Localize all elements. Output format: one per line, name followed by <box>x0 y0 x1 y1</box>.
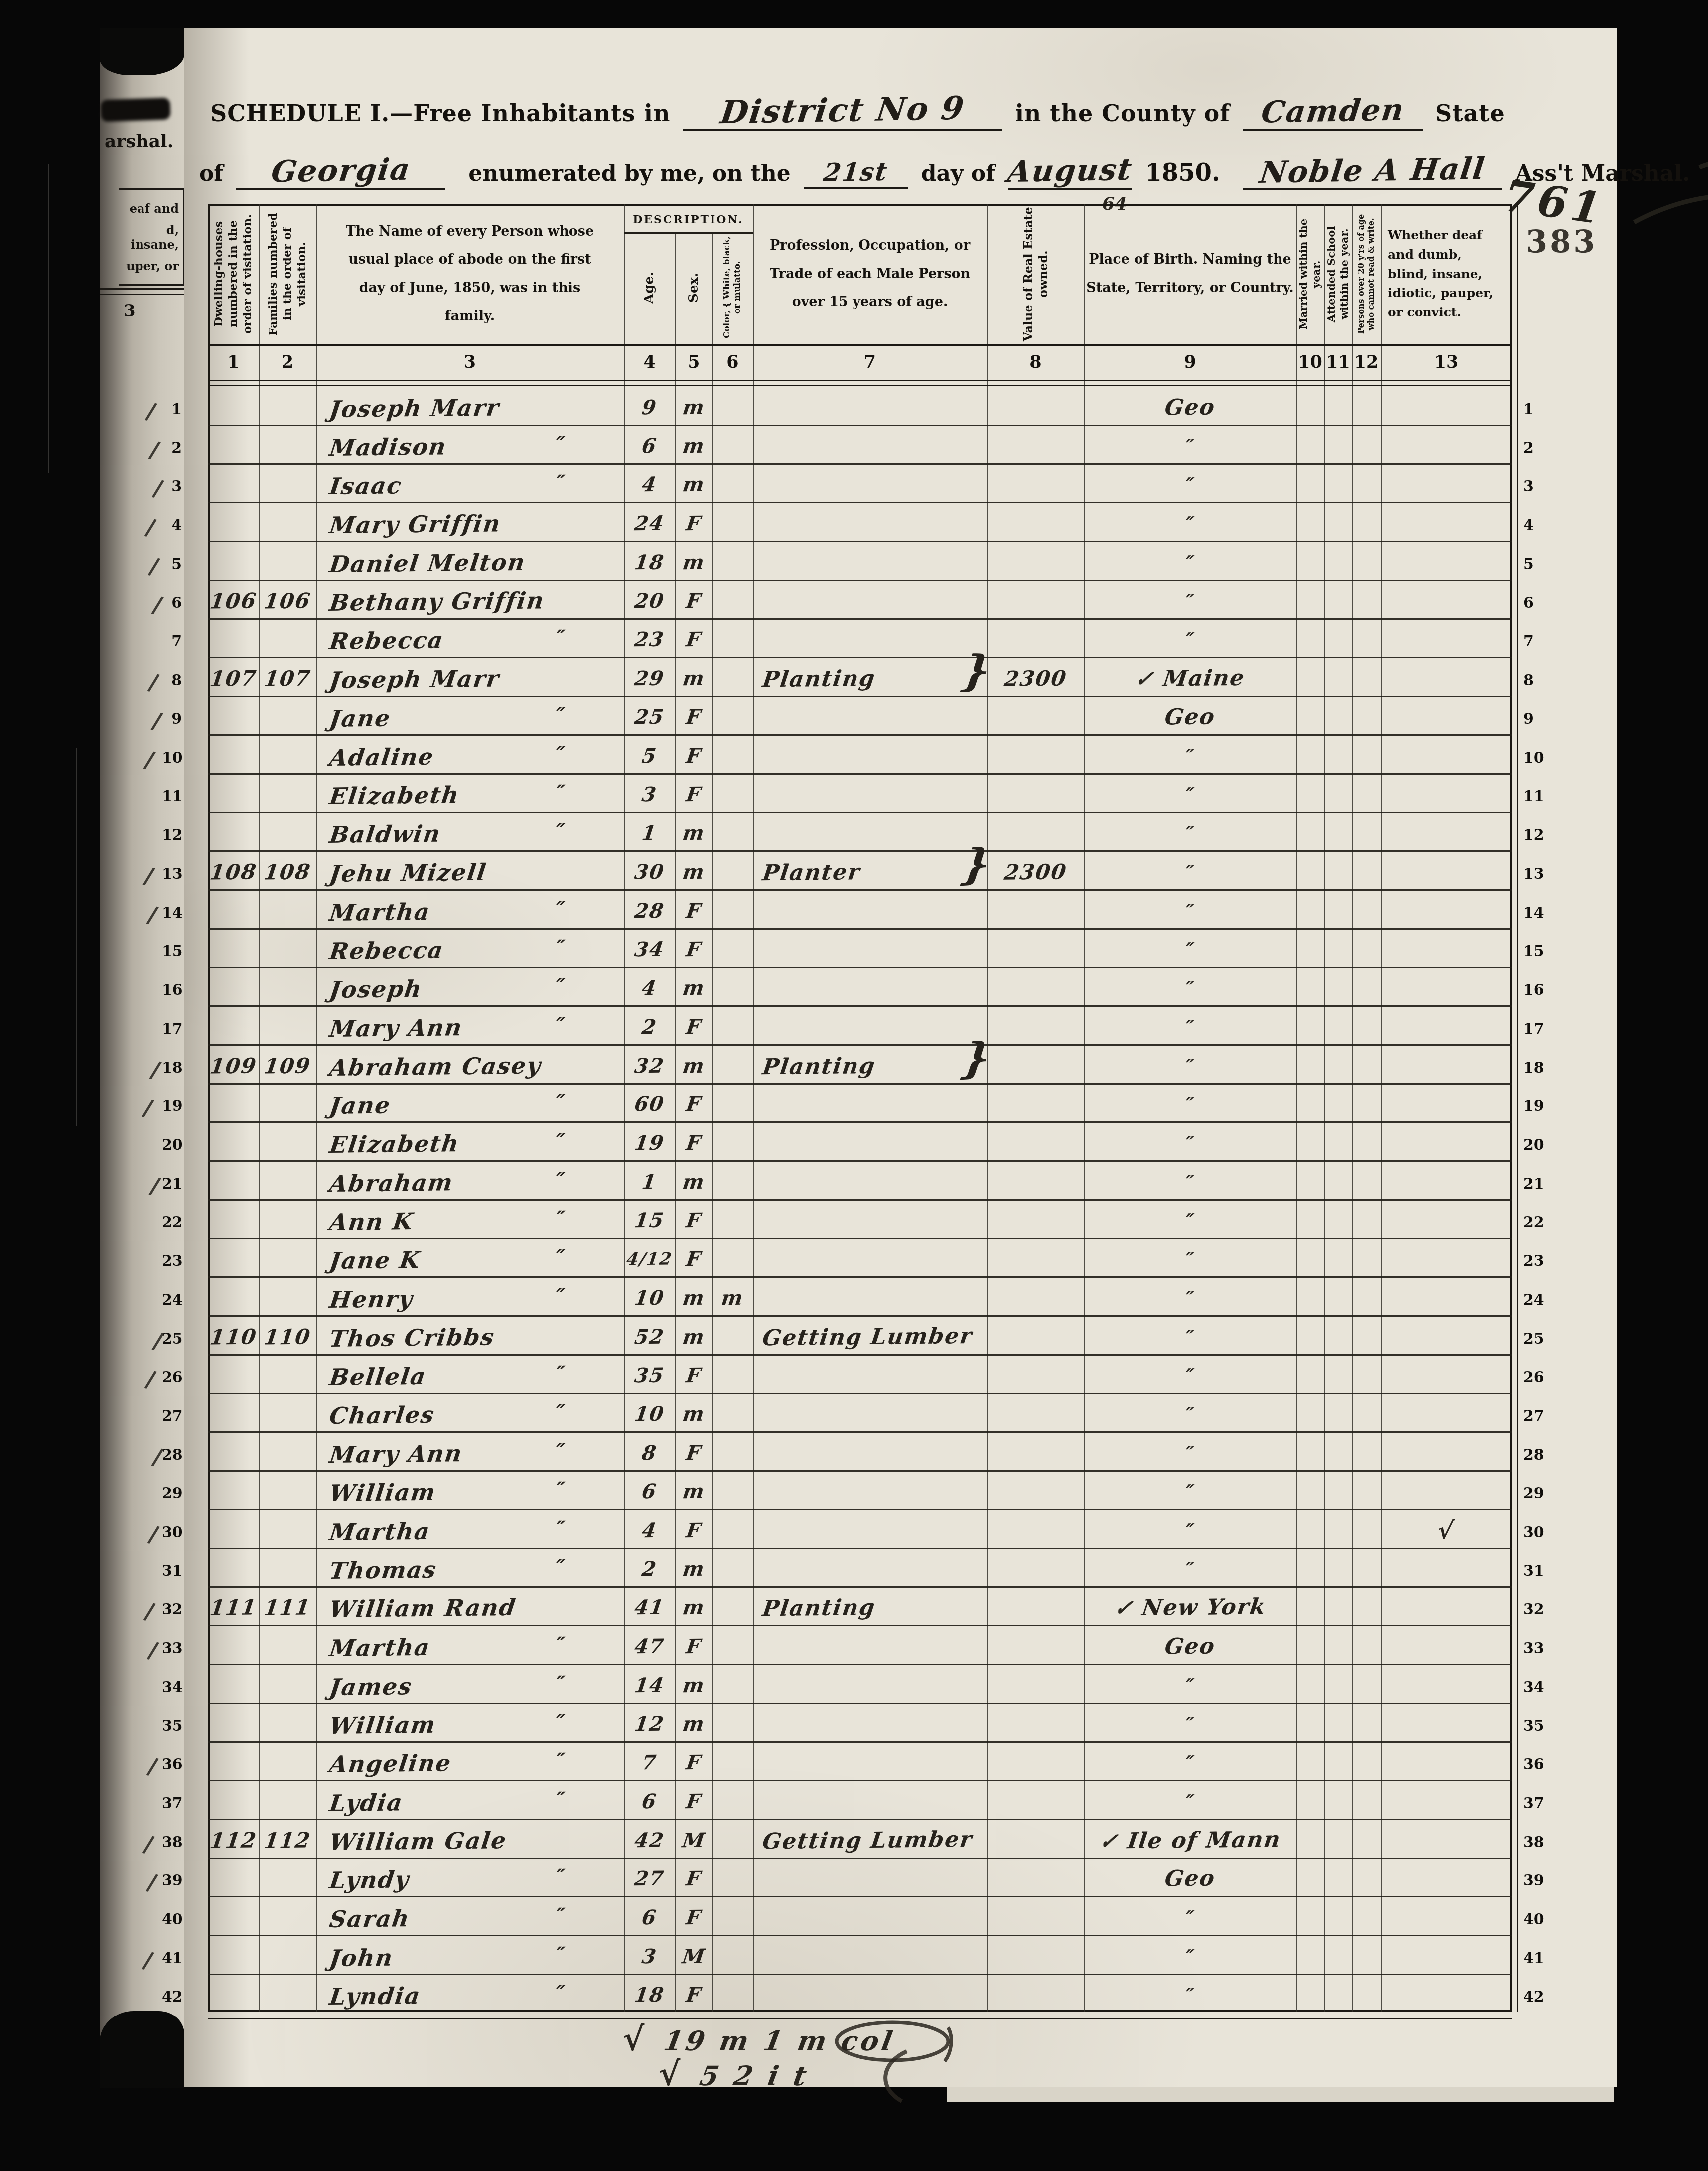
cell-name-ditto: ″ <box>544 1125 577 1158</box>
cell-birthplace: ″ <box>1082 1785 1298 1819</box>
line-number-right: 25 <box>1523 1330 1548 1348</box>
page-bottom-edge <box>947 2087 1614 2102</box>
cell-age: 10 <box>622 1282 677 1314</box>
grid-desc-rule <box>624 232 753 234</box>
cell-family-number: 111 <box>257 1592 318 1624</box>
cell-name-ditto: ″ <box>544 428 577 461</box>
cell-name: Joseph Marr <box>327 661 611 696</box>
cell-sex: m <box>673 972 714 1005</box>
line-number-right: 6 <box>1523 594 1548 612</box>
line-number-right: 14 <box>1523 904 1548 922</box>
grid-row-line <box>208 1199 1512 1201</box>
line-number-right: 11 <box>1523 788 1548 805</box>
line-number-left: 2 <box>162 439 182 457</box>
grid-row-line <box>208 580 1512 581</box>
line-number-left: 11 <box>162 788 182 805</box>
cell-color: m <box>711 1282 755 1314</box>
cell-sex: F <box>673 1360 714 1392</box>
cell-name-ditto: ″ <box>544 1396 577 1429</box>
cell-occupation: Planting <box>761 661 985 696</box>
day-of-label: day of <box>921 161 995 186</box>
previous-page-column-fragment: eaf and d, insane, uper, or <box>119 188 184 286</box>
cell-sex: F <box>673 623 714 656</box>
line-number-right: 1 <box>1523 401 1548 418</box>
grid-row-line <box>208 541 1512 542</box>
line-number-right: 18 <box>1523 1059 1548 1077</box>
line-number-left: 41 <box>162 1950 182 1967</box>
grid-row-line <box>208 1586 1512 1588</box>
cell-sex: m <box>673 469 714 501</box>
line-number-left: 21 <box>162 1175 182 1193</box>
cell-age: 9 <box>622 391 677 424</box>
cell-birthplace: ″ <box>1082 1242 1298 1276</box>
line-number-left: 10 <box>162 749 182 767</box>
cell-sex: m <box>673 546 714 579</box>
line-number-right: 28 <box>1523 1446 1548 1464</box>
birthplace-tick: ✓ <box>1113 1595 1144 1621</box>
line-number-right: 38 <box>1523 1834 1548 1851</box>
cell-occupation: Getting Lumber <box>761 1320 985 1354</box>
cell-name-ditto: ″ <box>544 1745 577 1777</box>
state-handwritten: Georgia <box>269 153 413 190</box>
cell-name-ditto: ″ <box>544 1900 577 1932</box>
line-number-left: 31 <box>162 1562 182 1580</box>
cell-age: 42 <box>622 1824 677 1857</box>
cell-sex: F <box>673 1979 714 2012</box>
cell-age: 18 <box>622 546 677 579</box>
cell-age: 2 <box>622 1011 677 1043</box>
cell-age: 15 <box>622 1205 677 1237</box>
cell-occupation-brace: } <box>960 1042 994 1074</box>
cell-age: 14 <box>622 1669 677 1702</box>
tally-curve <box>817 2047 927 2107</box>
line-number-left: 27 <box>162 1407 182 1425</box>
cell-birthplace: ″ <box>1082 971 1298 1005</box>
fragment-rule <box>100 294 184 295</box>
grid-row-line <box>208 502 1512 503</box>
grid-row-line <box>208 889 1512 891</box>
day-blank: 21st <box>804 157 908 189</box>
cell-name-ditto: ″ <box>544 1861 577 1893</box>
cell-birthplace: ″ <box>1082 1746 1298 1780</box>
line-number-left: 38 <box>162 1834 182 1851</box>
line-number-left: 20 <box>162 1136 182 1154</box>
scan-blotch <box>100 2011 184 2088</box>
cell-sex: F <box>673 585 714 618</box>
cell-family-number: 110 <box>257 1321 318 1353</box>
grid-row-line <box>208 1083 1512 1085</box>
grid-row-line <box>208 1470 1512 1472</box>
cell-age: 23 <box>622 623 677 656</box>
line-number-left: 24 <box>162 1291 182 1309</box>
line-number-left: 29 <box>162 1485 182 1502</box>
county-handwritten: Camden <box>1259 93 1406 130</box>
cell-age: 35 <box>622 1360 677 1392</box>
line-number-right: 17 <box>1523 1020 1548 1038</box>
line-number-right: 9 <box>1523 710 1548 728</box>
previous-page-smudge <box>100 98 170 122</box>
cell-age: 6 <box>622 1785 677 1818</box>
line-number-left: 34 <box>162 1679 182 1696</box>
cell-age: 52 <box>622 1321 677 1353</box>
cell-birthplace: ″ <box>1082 1204 1298 1238</box>
line-number-right: 23 <box>1523 1252 1548 1270</box>
cell-birthplace: ″ <box>1082 1707 1298 1741</box>
grid-row-line <box>208 425 1512 426</box>
cell-age: 18 <box>622 1979 677 2012</box>
grid-row-line <box>208 1276 1512 1278</box>
line-number-right: 21 <box>1523 1175 1548 1193</box>
cell-birthplace: ″ <box>1082 1010 1298 1044</box>
line-number-left: 8 <box>162 672 182 689</box>
cell-age: 29 <box>622 662 677 695</box>
cell-age: 6 <box>622 430 677 463</box>
scan-blotch <box>100 28 184 75</box>
cell-age: 4 <box>622 1514 677 1547</box>
cell-sex: F <box>673 740 714 773</box>
line-number-right: 16 <box>1523 981 1548 999</box>
line-number-right: 29 <box>1523 1485 1548 1502</box>
line-number-right: 35 <box>1523 1717 1548 1735</box>
cell-age: 12 <box>622 1708 677 1740</box>
cell-name-ditto: ″ <box>544 1551 577 1583</box>
grid-row-line <box>208 1354 1512 1356</box>
cell-name: William Rand <box>327 1590 611 1625</box>
line-number-left: 16 <box>162 981 182 999</box>
cell-sex: F <box>673 507 714 540</box>
cell-family-number: 112 <box>257 1824 318 1857</box>
cell-name-ditto: ″ <box>544 1474 577 1506</box>
cell-name-ditto: ″ <box>544 815 577 848</box>
schedule-title: SCHEDULE I.—Free Inhabitants in <box>210 100 670 127</box>
cell-birthplace: Geo <box>1082 1862 1298 1896</box>
line-number-left: 19 <box>162 1097 182 1115</box>
cell-occupation: Getting Lumber <box>761 1823 985 1858</box>
grid-right-double <box>1517 204 1518 2012</box>
cell-name-ditto: ″ <box>544 467 577 499</box>
cell-name: William Gale <box>327 1823 611 1858</box>
cell-name-ditto: ″ <box>544 1513 577 1545</box>
cell-birthplace: ″ <box>1082 1475 1298 1509</box>
cell-age: 41 <box>622 1592 677 1624</box>
cell-birthplace: ″ <box>1082 1552 1298 1586</box>
cell-occupation: Planter <box>761 855 985 890</box>
line-number-left: 32 <box>162 1601 182 1618</box>
state-blank: Georgia <box>236 154 445 190</box>
cell-age: 20 <box>622 585 677 618</box>
line-number-right: 7 <box>1523 633 1548 650</box>
cell-sex: F <box>673 933 714 966</box>
cell-birthplace: ″ <box>1082 507 1298 541</box>
line-number-right: 12 <box>1523 826 1548 844</box>
line-number-right: 42 <box>1523 1988 1548 2006</box>
cell-name: Bethany Griffin <box>327 584 611 619</box>
cell-sex: m <box>673 817 714 850</box>
cell-birthplace: ″ <box>1082 816 1298 850</box>
cell-age: 4/12 <box>622 1243 677 1276</box>
cell-birthplace: ″ <box>1082 1126 1298 1160</box>
scanned-census-page: arshal. eaf and d, insane, uper, or 3 SC… <box>0 0 1708 2171</box>
cell-sex: m <box>673 1050 714 1082</box>
cell-name-ditto: ″ <box>544 622 577 654</box>
line-number-right: 5 <box>1523 556 1548 573</box>
previous-page-marshal-fragment: arshal. <box>105 131 179 152</box>
cell-family-number: 106 <box>257 585 318 618</box>
cell-sex: F <box>673 1747 714 1779</box>
cell-name-ditto: ″ <box>544 1241 577 1274</box>
line-number-right: 8 <box>1523 672 1548 689</box>
cell-birthplace: ″ <box>1082 1165 1298 1199</box>
cell-birthplace: ″ <box>1082 777 1298 811</box>
cell-name: Daniel Melton <box>327 545 611 580</box>
grid-row-line <box>208 1121 1512 1123</box>
cell-age: 60 <box>622 1088 677 1121</box>
fragment-line: eaf and <box>119 201 179 216</box>
line-number-right: 30 <box>1523 1524 1548 1541</box>
line-number-left: 22 <box>162 1214 182 1231</box>
cell-birthplace: ″ <box>1082 623 1298 657</box>
line-number-right: 19 <box>1523 1097 1548 1115</box>
grid-row-line <box>208 1044 1512 1046</box>
line-number-left: 13 <box>162 865 182 883</box>
grid-row-line <box>208 928 1512 930</box>
grid-row-line <box>208 463 1512 465</box>
tally-annotation-2: √ 5 2 i t <box>659 2054 809 2093</box>
cell-age: 32 <box>622 1050 677 1082</box>
cell-name-ditto: ″ <box>544 970 577 1003</box>
line-number-left: 6 <box>162 594 182 612</box>
cell-name-ditto: ″ <box>544 1977 577 2010</box>
grid-row-line <box>208 1393 1512 1394</box>
cell-sex: F <box>673 1863 714 1895</box>
cell-age: 2 <box>622 1553 677 1585</box>
line-number-right: 40 <box>1523 1911 1548 1928</box>
cell-age: 27 <box>622 1863 677 1895</box>
line-number-left: 15 <box>162 943 182 960</box>
cell-sex: m <box>673 1592 714 1624</box>
cell-name: Thos Cribbs <box>327 1320 611 1355</box>
enumerated-label: enumerated by me, on the <box>468 161 790 186</box>
cell-sex: m <box>673 1321 714 1353</box>
line-number-right: 10 <box>1523 749 1548 767</box>
line-number-left: 7 <box>162 633 182 650</box>
cell-sex: m <box>673 1553 714 1585</box>
line-number-right: 26 <box>1523 1369 1548 1386</box>
cell-occupation: Planting <box>761 1049 985 1083</box>
line-number-right: 4 <box>1523 517 1548 534</box>
grid-row-line <box>208 696 1512 697</box>
line-number-right: 13 <box>1523 865 1548 883</box>
cell-sex: m <box>673 430 714 463</box>
cell-age: 28 <box>622 895 677 927</box>
cell-sex: F <box>673 1011 714 1043</box>
cell-name-ditto: ″ <box>544 776 577 809</box>
cell-age: 8 <box>622 1437 677 1469</box>
grid-row-line <box>208 1625 1512 1626</box>
birthplace-tick: ✓ <box>1134 666 1165 692</box>
grid-row-line <box>208 1819 1512 1820</box>
line-number-left: 5 <box>162 556 182 573</box>
grid-row-line <box>208 1160 1512 1162</box>
cell-name-ditto: ″ <box>544 1358 577 1390</box>
line-number-left: 9 <box>162 710 182 728</box>
line-number-right: 15 <box>1523 943 1548 960</box>
line-number-left: 42 <box>162 1988 182 2006</box>
cell-birthplace: Geo <box>1082 390 1298 424</box>
line-number-right: 2 <box>1523 439 1548 457</box>
cell-age: 24 <box>622 507 677 540</box>
line-number-right: 22 <box>1523 1214 1548 1231</box>
line-number-left: 33 <box>162 1640 182 1657</box>
line-number-right: 34 <box>1523 1679 1548 1696</box>
line-number-right: 36 <box>1523 1756 1548 1773</box>
cell-name: Joseph Marr <box>327 390 611 425</box>
grid-row-line <box>208 1935 1512 1936</box>
cell-name-ditto: ″ <box>544 893 577 925</box>
cell-name-ditto: ″ <box>544 931 577 964</box>
cell-sex: m <box>673 391 714 424</box>
county-label: in the County of <box>1015 100 1230 127</box>
line-number-left: 14 <box>162 904 182 922</box>
cell-sex: M <box>673 1940 714 1973</box>
line-number-left: 30 <box>162 1524 182 1541</box>
cell-sex: F <box>673 1243 714 1276</box>
cell-sex: m <box>673 1476 714 1508</box>
grid-row-line <box>208 618 1512 620</box>
cell-name: Abraham Casey <box>327 1049 611 1084</box>
grid-row-line <box>208 657 1512 658</box>
grid-row-line <box>208 1664 1512 1665</box>
cell-birthplace: ″ <box>1082 1320 1298 1354</box>
cell-birthplace: ″ <box>1082 1669 1298 1703</box>
cell-birthplace: ✓ New York <box>1082 1591 1298 1625</box>
line-number-right: 27 <box>1523 1407 1548 1425</box>
grid-row-line <box>208 967 1512 968</box>
cell-real-estate-value: 2300 <box>985 856 1087 889</box>
cell-birthplace: ″ <box>1082 1514 1298 1548</box>
line-number-right: 3 <box>1523 478 1548 495</box>
cell-dwelling-number: 112 <box>206 1824 261 1857</box>
line-number-left: 26 <box>162 1369 182 1386</box>
grid-header-rule <box>208 344 1512 346</box>
cell-name-ditto: ″ <box>544 1086 577 1119</box>
line-number-right: 37 <box>1523 1795 1548 1812</box>
cell-age: 1 <box>622 817 677 850</box>
cell-birthplace: ″ <box>1082 855 1298 889</box>
cell-family-number: 109 <box>257 1050 318 1082</box>
cell-birthplace: ✓ Ile of Mann <box>1082 1823 1298 1857</box>
cell-sex: F <box>673 1205 714 1237</box>
cell-name-ditto: ″ <box>544 1280 577 1312</box>
cell-sex: F <box>673 1127 714 1160</box>
cell-age: 5 <box>622 740 677 772</box>
cell-birthplace: ″ <box>1082 1281 1298 1315</box>
cell-name-ditto: ″ <box>544 1706 577 1738</box>
fragment-line: d, insane, <box>119 223 179 252</box>
cell-sex: F <box>673 778 714 811</box>
grid-row-line <box>208 1703 1512 1704</box>
cell-birthplace: ″ <box>1082 1397 1298 1431</box>
fragment-line: uper, or <box>119 259 179 273</box>
grid-row-line <box>208 812 1512 813</box>
cell-family-number: 107 <box>257 662 318 695</box>
cell-name-ditto: ″ <box>544 1629 577 1661</box>
cell-name-ditto: ″ <box>544 1009 577 1042</box>
cell-age: 7 <box>622 1747 677 1779</box>
cell-birthplace: ″ <box>1082 1436 1298 1470</box>
district-handwritten: District No 9 <box>718 90 967 132</box>
cell-birthplace: ″ <box>1082 932 1298 966</box>
cell-age: 3 <box>622 1940 677 1973</box>
cell-name-ditto: ″ <box>544 1784 577 1816</box>
previous-page-edge <box>100 28 184 2087</box>
grid-row-line <box>208 1315 1512 1317</box>
grid-row-line <box>208 1005 1512 1007</box>
day-handwritten: 21st <box>822 157 890 187</box>
cell-sex: F <box>673 1785 714 1818</box>
cell-dwelling-number: 106 <box>206 585 261 618</box>
line-number-left: 37 <box>162 1795 182 1812</box>
line-number-left: 18 <box>162 1059 182 1077</box>
grid-row-line <box>208 850 1512 852</box>
cell-name: Mary Griffin <box>327 506 611 541</box>
cell-birthplace: Geo <box>1082 700 1298 734</box>
cell-birthplace: ″ <box>1082 545 1298 579</box>
cell-sex: F <box>673 1631 714 1663</box>
line-number-left: 28 <box>162 1446 182 1464</box>
district-blank: District No 9 <box>683 92 1002 131</box>
census-page: SCHEDULE I.—Free Inhabitants in District… <box>184 28 1617 2087</box>
line-number-left: 12 <box>162 826 182 844</box>
cell-real-estate-value: 2300 <box>985 662 1087 695</box>
line-number-right: 31 <box>1523 1562 1548 1580</box>
cell-dwelling-number: 107 <box>206 662 261 695</box>
cell-name-ditto: ″ <box>544 1435 577 1467</box>
cell-dwelling-number: 110 <box>206 1321 261 1353</box>
month-handwritten: August <box>1006 153 1135 189</box>
cell-dwelling-number: 109 <box>206 1050 261 1082</box>
cell-birthplace: ″ <box>1082 1978 1298 2012</box>
cell-dwelling-number: 108 <box>206 856 261 889</box>
scan-scratch <box>48 164 49 473</box>
cell-age: 34 <box>622 933 677 966</box>
cell-sex: M <box>673 1824 714 1857</box>
grid-row-line <box>208 1780 1512 1781</box>
year-text: 1850. <box>1145 159 1220 187</box>
cell-age: 19 <box>622 1127 677 1159</box>
cell-sex: m <box>673 662 714 695</box>
cell-sex: F <box>673 1088 714 1121</box>
cell-sex: F <box>673 1437 714 1469</box>
cell-birthplace: ✓ Maine <box>1082 661 1298 695</box>
cell-birthplace: ″ <box>1082 584 1298 618</box>
birthplace-tick: ✓ <box>1098 1828 1129 1854</box>
cell-occupation: Planting <box>761 1591 985 1625</box>
grid-row-line <box>208 734 1512 736</box>
grid-row-line <box>208 1431 1512 1433</box>
cell-sex: m <box>673 1282 714 1314</box>
month-blank: August <box>1008 154 1132 190</box>
cell-age: 3 <box>622 778 677 811</box>
cell-sex: m <box>673 1398 714 1430</box>
cell-age: 6 <box>622 1476 677 1508</box>
cell-birthplace: ″ <box>1082 1087 1298 1121</box>
cell-sex: m <box>673 856 714 889</box>
of-label: of <box>199 161 223 186</box>
cell-sex: F <box>673 701 714 734</box>
grid-row-line <box>208 1238 1512 1239</box>
cell-name: Jehu Mizell <box>327 855 611 890</box>
